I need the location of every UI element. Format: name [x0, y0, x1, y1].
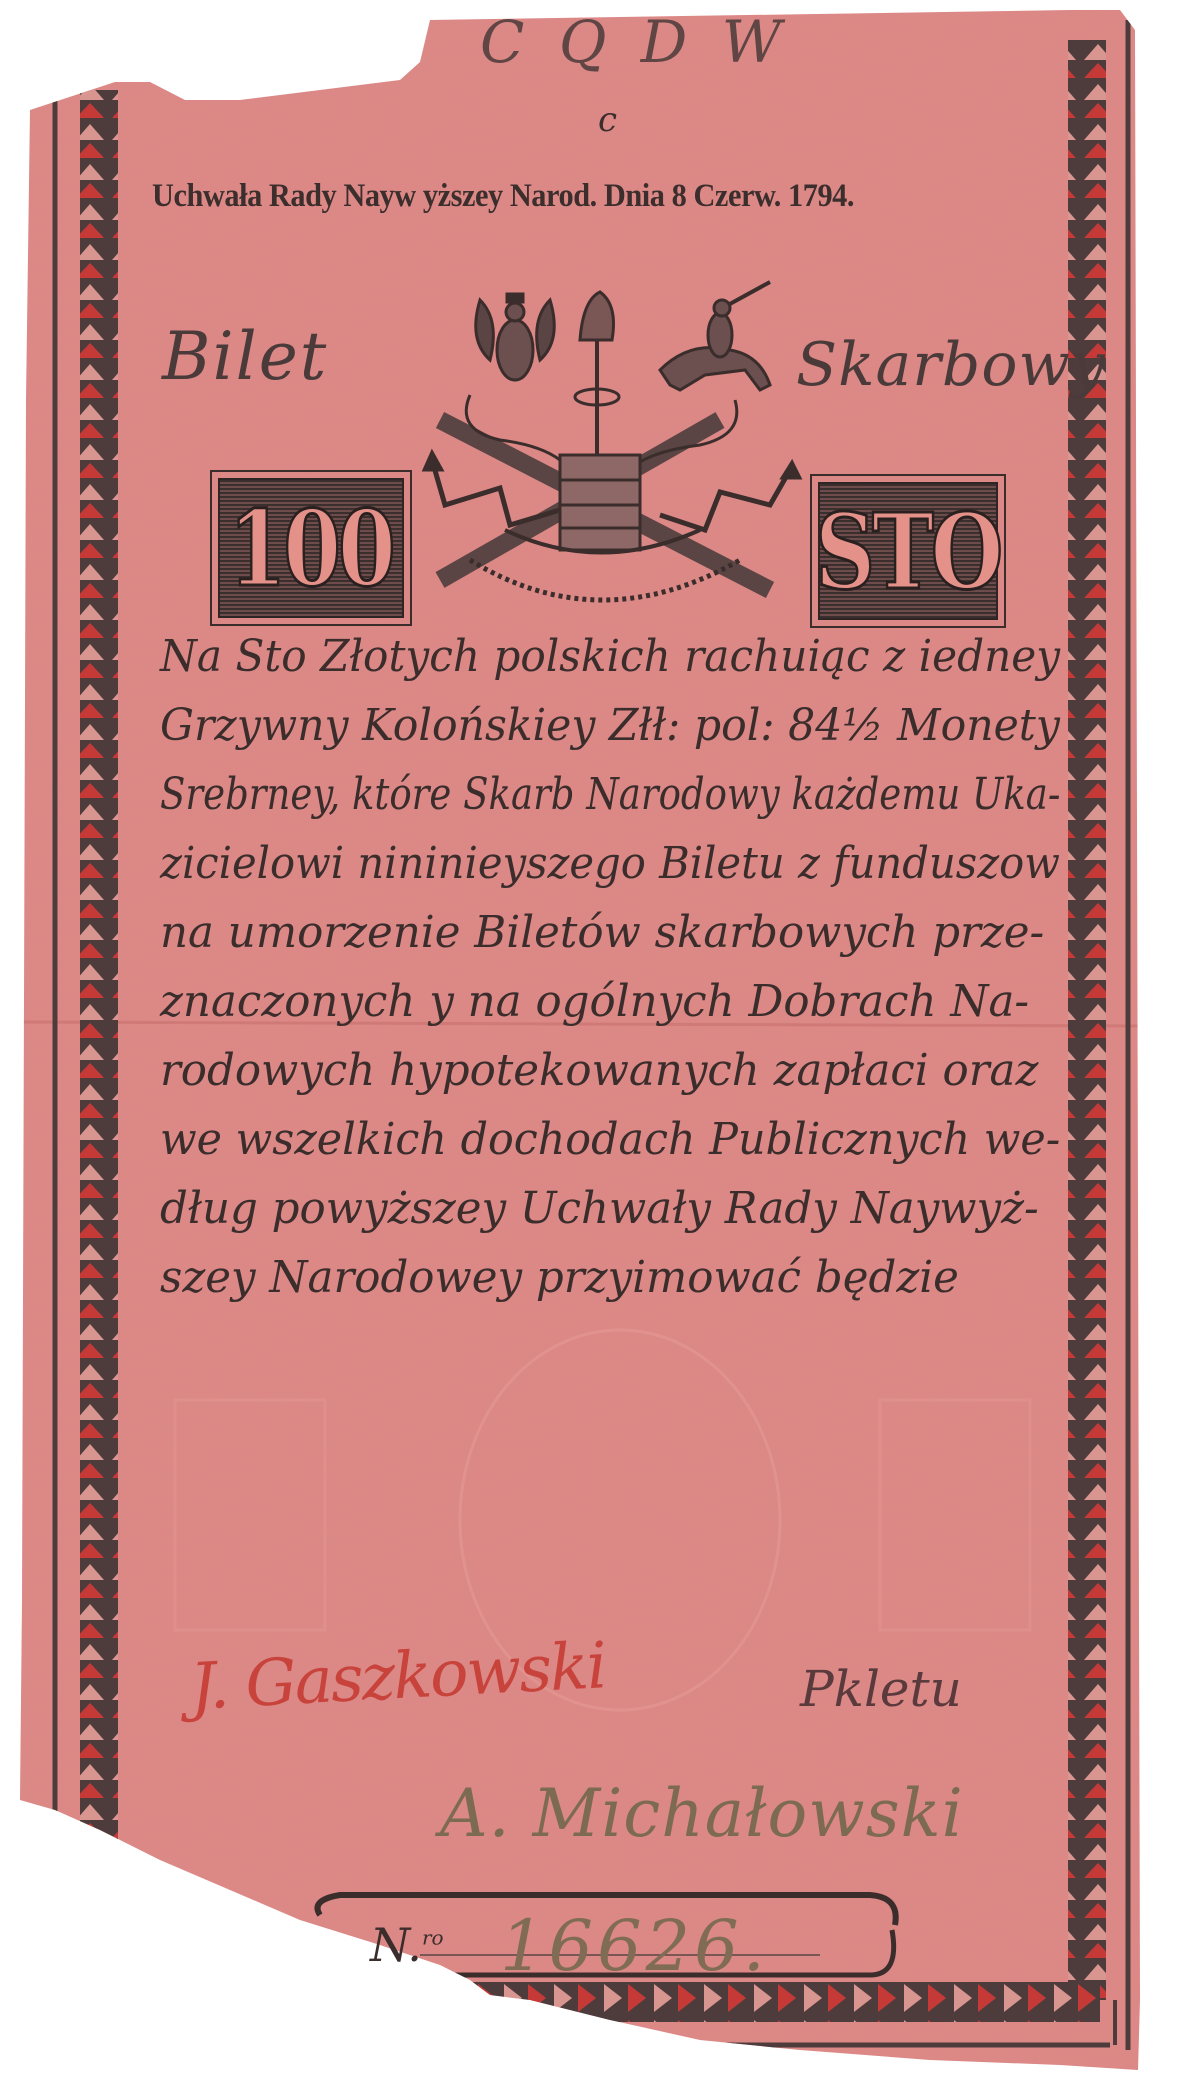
body-line: zicielowi nininieyszego Biletu z fundusz… [160, 829, 1022, 898]
body-line: Na Sto Złotych polskich rachuiąc z iedne… [160, 622, 1032, 691]
signature-brown: A. Michałowski [440, 1775, 964, 1852]
title-skarbowy: Skarbowy [796, 330, 1106, 400]
body-line: znaczonych y na ogólnych Dobrach Na- [160, 967, 1060, 1036]
series-letter: c [598, 100, 617, 140]
body-line: we wszelkich dochodach Publicznych we- [160, 1105, 1045, 1174]
serial-label-text: N. [370, 1918, 422, 1972]
serial-number: 16626. [500, 1905, 769, 1987]
body-line: na umorzenie Biletów skarbowych prze- [160, 898, 1060, 967]
denomination-numeral-box: 100 [210, 470, 412, 626]
body-line: szey Narodowey przyimować będzie [160, 1243, 1060, 1312]
banknote: C Q D W c Uchwała Rady Nayw yższey Narod… [0, 0, 1192, 2095]
note-body-text: Na Sto Złotych polskich rachuiąc z iedne… [160, 622, 1070, 1312]
serial-number-label: N.ro [370, 1918, 444, 1972]
body-line: rodowych hypotekowanych zapłaci oraz [160, 1036, 1060, 1105]
title-bilet: Bilet [162, 318, 328, 395]
body-line: dług powyższey Uchwały Rady Naywyż- [160, 1174, 1060, 1243]
signature-small: Pkletu [800, 1660, 962, 1718]
denomination-word: STO [816, 490, 1001, 613]
denomination-word-box: STO [810, 474, 1006, 628]
body-line: Grzywny Kolońskiey Złł: pol: 84½ Monety [160, 691, 1040, 760]
denomination-word-panel: STO [818, 482, 998, 620]
top-ornamental-script: C Q D W [480, 8, 789, 76]
serial-label-sup: ro [422, 1926, 444, 1950]
denomination-numeral-panel: 100 [218, 478, 404, 618]
body-line: Srebrney, które Skarb Narodowy każdemu U… [160, 760, 927, 829]
resolution-header: Uchwała Rady Nayw yższey Narod. Dnia 8 C… [152, 178, 980, 215]
denomination-numeral: 100 [229, 487, 393, 610]
